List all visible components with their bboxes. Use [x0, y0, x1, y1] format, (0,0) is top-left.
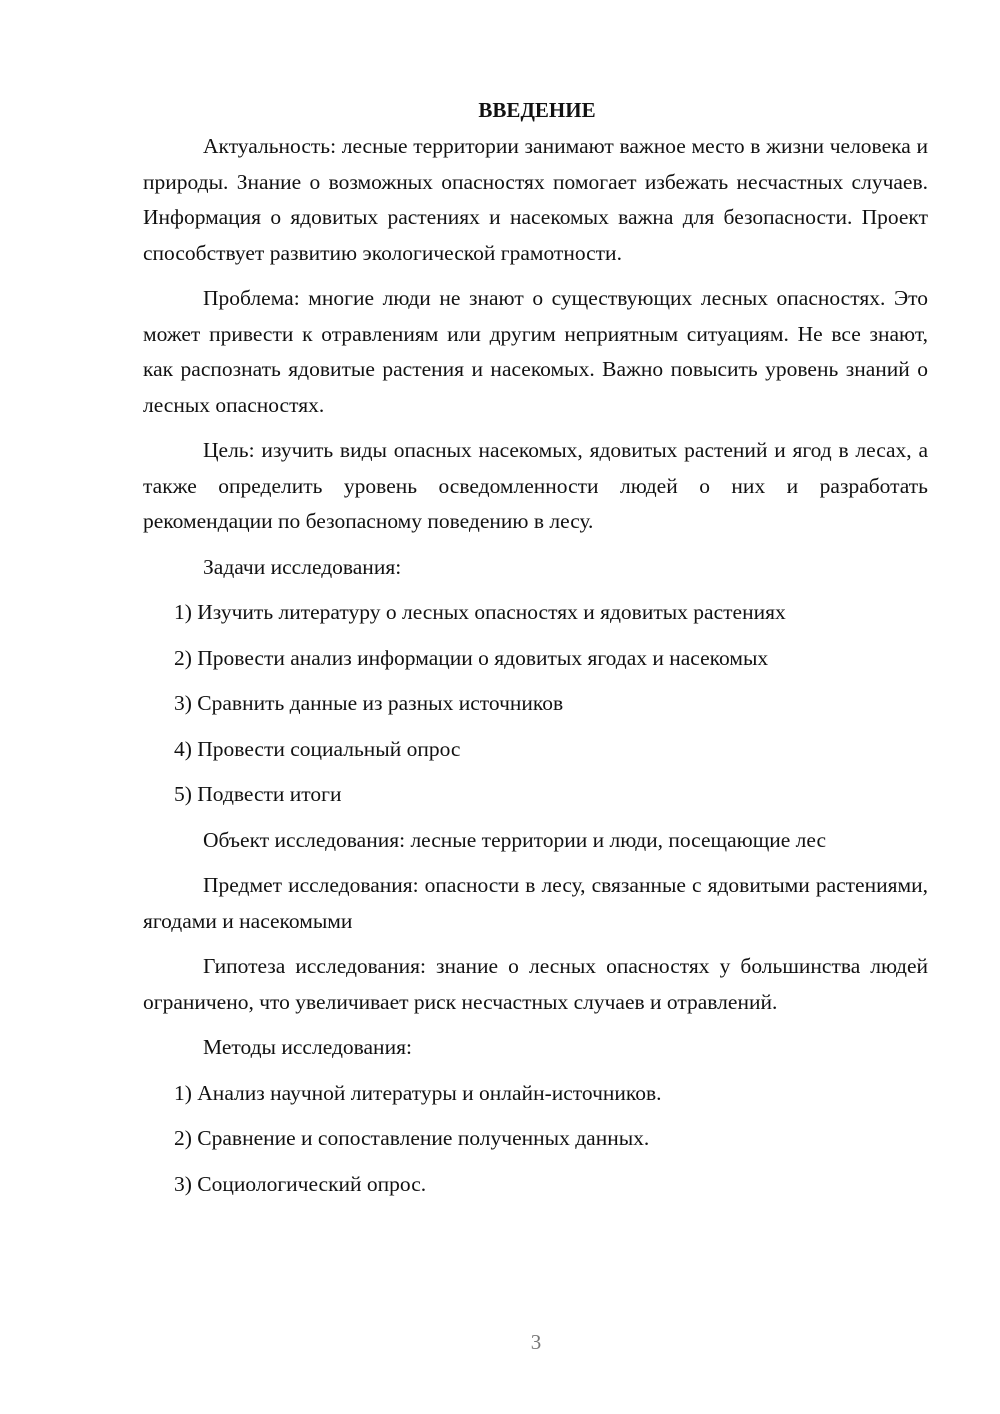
- relevance-paragraph: Актуальность: лесные территории занимают…: [143, 129, 928, 271]
- tasks-label: Задачи исследования:: [143, 550, 928, 586]
- task-item: 1) Изучить литературу о лесных опасностя…: [143, 595, 928, 631]
- methods-list: 1) Анализ научной литературы и онлайн-ис…: [143, 1076, 928, 1203]
- task-item: 5) Подвести итоги: [143, 777, 928, 813]
- page-number: 3: [0, 1330, 1000, 1355]
- methods-label: Методы исследования:: [143, 1030, 928, 1066]
- goal-paragraph: Цель: изучить виды опасных насекомых, яд…: [143, 433, 928, 540]
- method-item: 2) Сравнение и сопоставление полученных …: [143, 1121, 928, 1157]
- tasks-list: 1) Изучить литературу о лесных опасностя…: [143, 595, 928, 813]
- document-page: ВВЕДЕНИЕ Актуальность: лесные территории…: [0, 0, 1000, 1414]
- method-item: 3) Социологический опрос.: [143, 1167, 928, 1203]
- object-paragraph: Объект исследования: лесные территории и…: [143, 823, 928, 859]
- method-item: 1) Анализ научной литературы и онлайн-ис…: [143, 1076, 928, 1112]
- hypothesis-paragraph: Гипотеза исследования: знание о лесных о…: [143, 949, 928, 1020]
- section-heading: ВВЕДЕНИЕ: [143, 93, 928, 128]
- task-item: 3) Сравнить данные из разных источников: [143, 686, 928, 722]
- task-item: 2) Провести анализ информации о ядовитых…: [143, 641, 928, 677]
- problem-paragraph: Проблема: многие люди не знают о существ…: [143, 281, 928, 423]
- page-content: ВВЕДЕНИЕ Актуальность: лесные территории…: [143, 93, 928, 1202]
- subject-paragraph: Предмет исследования: опасности в лесу, …: [143, 868, 928, 939]
- task-item: 4) Провести социальный опрос: [143, 732, 928, 768]
